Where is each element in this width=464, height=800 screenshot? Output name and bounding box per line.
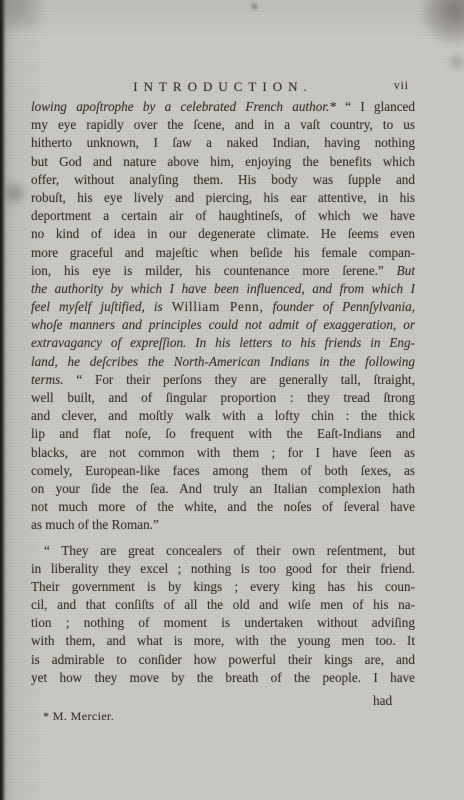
text-line: land, he deſcribes the North-American In… xyxy=(31,353,415,371)
text-segment-roman: but God and nature above him, enjoying t… xyxy=(31,154,415,169)
text-segment-italic: lowing apoſtrophe by a celebrated French… xyxy=(31,99,336,114)
text-segment-roman: is admirable to conſider how powerful th… xyxy=(31,652,415,667)
text-line: terms. “ For their perſons they are gene… xyxy=(31,371,415,389)
text-line: blacks, are not common with them ; for I… xyxy=(31,444,415,462)
text-segment-italic: land, he deſcribes the North-American In… xyxy=(31,354,415,369)
paper-stain xyxy=(0,0,52,30)
text-line: whoſe manners and principles could not a… xyxy=(31,316,415,334)
text-segment-roman: tion ; nothing of moment is undertaken w… xyxy=(31,615,415,630)
page-gutter-shadow xyxy=(0,0,6,800)
text-segment-roman: not much more of the white, and the noſe… xyxy=(31,499,415,514)
text-segment-roman: blacks, are not common with them ; for I… xyxy=(31,445,415,460)
text-segment-roman: on your ſide the ſea. And truly an Itali… xyxy=(31,481,415,496)
footnote: * M. Mercier. xyxy=(43,709,114,724)
text-segment-roman: no kind of idea in our degenerate climat… xyxy=(31,226,415,241)
text-segment-italic: founder of Pennſylvania, xyxy=(264,299,415,314)
page-header: INTRODUCTION. vii xyxy=(31,79,415,95)
text-line: lowing apoſtrophe by a celebrated French… xyxy=(31,98,415,116)
text-segment-italic: But xyxy=(397,263,415,278)
text-line: hitherto unknown, I ſaw a naked Indian, … xyxy=(31,134,415,152)
text-line: feel myſelf juſtified, is William Penn, … xyxy=(31,298,415,316)
text-line: is admirable to conſider how powerful th… xyxy=(31,651,415,669)
text-segment-roman: hitherto unknown, I ſaw a naked Indian, … xyxy=(31,135,415,150)
text-line: with them, and what is more, with the yo… xyxy=(31,632,415,650)
text-segment-roman: comely, European-like faces among them o… xyxy=(31,463,415,478)
page-number: vii xyxy=(394,80,409,92)
running-title: INTRODUCTION. xyxy=(31,79,415,95)
paper-speck xyxy=(250,2,259,11)
text-segment-italic: terms. xyxy=(31,372,76,387)
text-line: yet how they move by the breath of the p… xyxy=(31,669,415,687)
text-line: the authority by which I have been influ… xyxy=(31,280,415,298)
text-segment-roman: cil, and that conſiſts of all the old an… xyxy=(31,597,415,612)
text-segment-roman: Their government is by kings ; every kin… xyxy=(31,579,415,594)
text-segment-roman: “ For their perſons they are generally t… xyxy=(76,372,415,387)
text-segment-roman: “ I glanced xyxy=(336,99,415,114)
text-segment-roman: and clever, and moſtly walk with a lofty… xyxy=(31,408,415,423)
text-segment-roman: with them, and what is more, with the yo… xyxy=(31,633,415,648)
text-line: cil, and that conſiſts of all the old an… xyxy=(31,596,415,614)
text-line: “ They are great concealers of their own… xyxy=(31,542,415,560)
text-line: comely, European-like faces among them o… xyxy=(31,462,415,480)
text-line: deportment a certain air of haughtineſs,… xyxy=(31,207,415,225)
text-segment-roman: my eye rapidly over the ſcene, and in a … xyxy=(31,117,415,132)
text-segment-italic: the authority by which I have been influ… xyxy=(31,281,415,296)
text-line: Their government is by kings ; every kin… xyxy=(31,578,415,596)
text-line: lip and flat noſe, ſo frequent with the … xyxy=(31,425,415,443)
text-segment-roman: in liberality they excel ; nothing is to… xyxy=(31,561,415,576)
text-line: not much more of the white, and the noſe… xyxy=(31,498,415,516)
text-segment-roman: ion, his eye is milder, his countenance … xyxy=(31,263,397,278)
text-line: my eye rapidly over the ſcene, and in a … xyxy=(31,116,415,134)
text-line: well built, and of ſingular proportion :… xyxy=(31,389,415,407)
catchword: had xyxy=(373,693,392,709)
text-segment-roman: well built, and of ſingular proportion :… xyxy=(31,390,415,405)
text-line: ion, his eye is milder, his countenance … xyxy=(31,262,415,280)
text-segment-roman: as much of the Roman.” xyxy=(31,517,159,532)
text-segment-roman: lip and flat noſe, ſo frequent with the … xyxy=(31,426,415,441)
text-segment-italic: feel myſelf juſtified, is xyxy=(31,299,172,314)
text-segment-italic: extravagancy of expreſſion. In his lette… xyxy=(31,335,415,350)
text-segment-roman: more graceful and majeſtic when beſide h… xyxy=(31,245,415,260)
text-segment-roman: robuſt, his eye lively and piercing, his… xyxy=(31,190,415,205)
text-line: as much of the Roman.” xyxy=(31,516,415,534)
text-segment-roman: yet how they move by the breath of the p… xyxy=(31,670,415,685)
text-line: tion ; nothing of moment is undertaken w… xyxy=(31,614,415,632)
text-segment-roman: deportment a certain air of haughtineſs,… xyxy=(31,208,415,223)
text-line: but God and nature above him, enjoying t… xyxy=(31,153,415,171)
text-line: more graceful and majeſtic when beſide h… xyxy=(31,244,415,262)
text-line: offer, without analyſing them. His body … xyxy=(31,171,415,189)
text-line: extravagancy of expreſſion. In his lette… xyxy=(31,334,415,352)
text-line: robuſt, his eye lively and piercing, his… xyxy=(31,189,415,207)
text-line: and clever, and moſtly walk with a lofty… xyxy=(31,407,415,425)
book-page: INTRODUCTION. vii lowing apoſtrophe by a… xyxy=(0,0,464,800)
text-segment-italic: whoſe manners and principles could not a… xyxy=(31,317,415,332)
paper-stain xyxy=(420,0,464,48)
paper-stain xyxy=(448,52,464,72)
text-segment-spaced-roman: William Penn, xyxy=(172,299,264,314)
text-segment-roman: offer, without analyſing them. His body … xyxy=(31,172,415,187)
text-block: lowing apoſtrophe by a celebrated French… xyxy=(31,98,415,687)
text-line: on your ſide the ſea. And truly an Itali… xyxy=(31,480,415,498)
text-line: in liberality they excel ; nothing is to… xyxy=(31,560,415,578)
text-line: no kind of idea in our degenerate climat… xyxy=(31,225,415,243)
text-segment-roman: “ They are great concealers of their own… xyxy=(44,543,415,558)
